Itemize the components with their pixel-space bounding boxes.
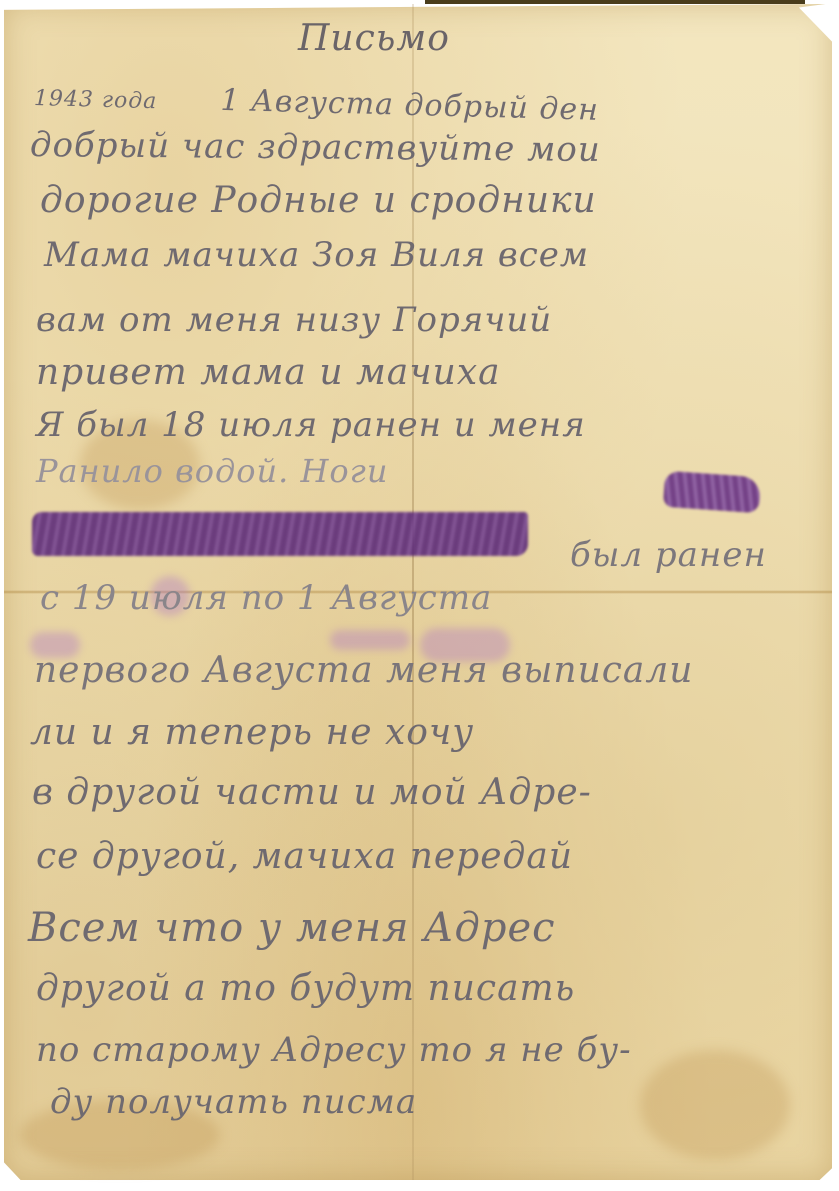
ink-smudge <box>330 630 410 650</box>
letter-title: Письмо <box>298 18 450 59</box>
letter-line-17: по старому Адресу то я не бу- <box>36 1030 632 1070</box>
letter-line-18: ду получать писма <box>50 1082 417 1122</box>
letter-line-16: другой а то будут писать <box>36 968 575 1009</box>
censor-mark-line <box>32 512 528 556</box>
letter-line-text: 1 Августа добрый ден <box>220 83 599 128</box>
letter-line-2: добрый час здраствуйте мои <box>30 125 601 170</box>
censor-mark-small <box>663 471 761 514</box>
letter-line-5: вам от меня низу Горячий <box>36 300 552 340</box>
letter-date: 1943 года <box>34 86 158 114</box>
letter-line-12: ли и я теперь не хочу <box>30 712 474 753</box>
letter-line-7: Я был 18 июля ранен и меня <box>36 405 586 445</box>
letter-line-13: в другой части и мой Адре- <box>32 772 592 813</box>
letter-body: Письмо 1943 года 1 Августа добрый ден до… <box>0 0 839 1191</box>
letter-line-4: Мама мачиха Зоя Виля всем <box>44 235 589 275</box>
letter-line-9: был ранен <box>570 535 767 575</box>
letter-line-10: с 19 июля по 1 Августа <box>40 578 492 618</box>
letter-line-6: привет мама и мачиха <box>36 352 501 393</box>
letter-line-11: первого Августа меня выписали <box>34 650 694 691</box>
letter-line-14: се другой, мачиха передай <box>36 836 573 877</box>
letter-line-15: Всем что у меня Адрес <box>28 905 556 951</box>
letter-line-3: дорогие Родные и сродники <box>40 180 597 221</box>
letter-line-1: 1943 года 1 Августа добрый ден <box>34 78 600 128</box>
letter-line-8: Ранило водой. Ноги <box>36 452 388 490</box>
